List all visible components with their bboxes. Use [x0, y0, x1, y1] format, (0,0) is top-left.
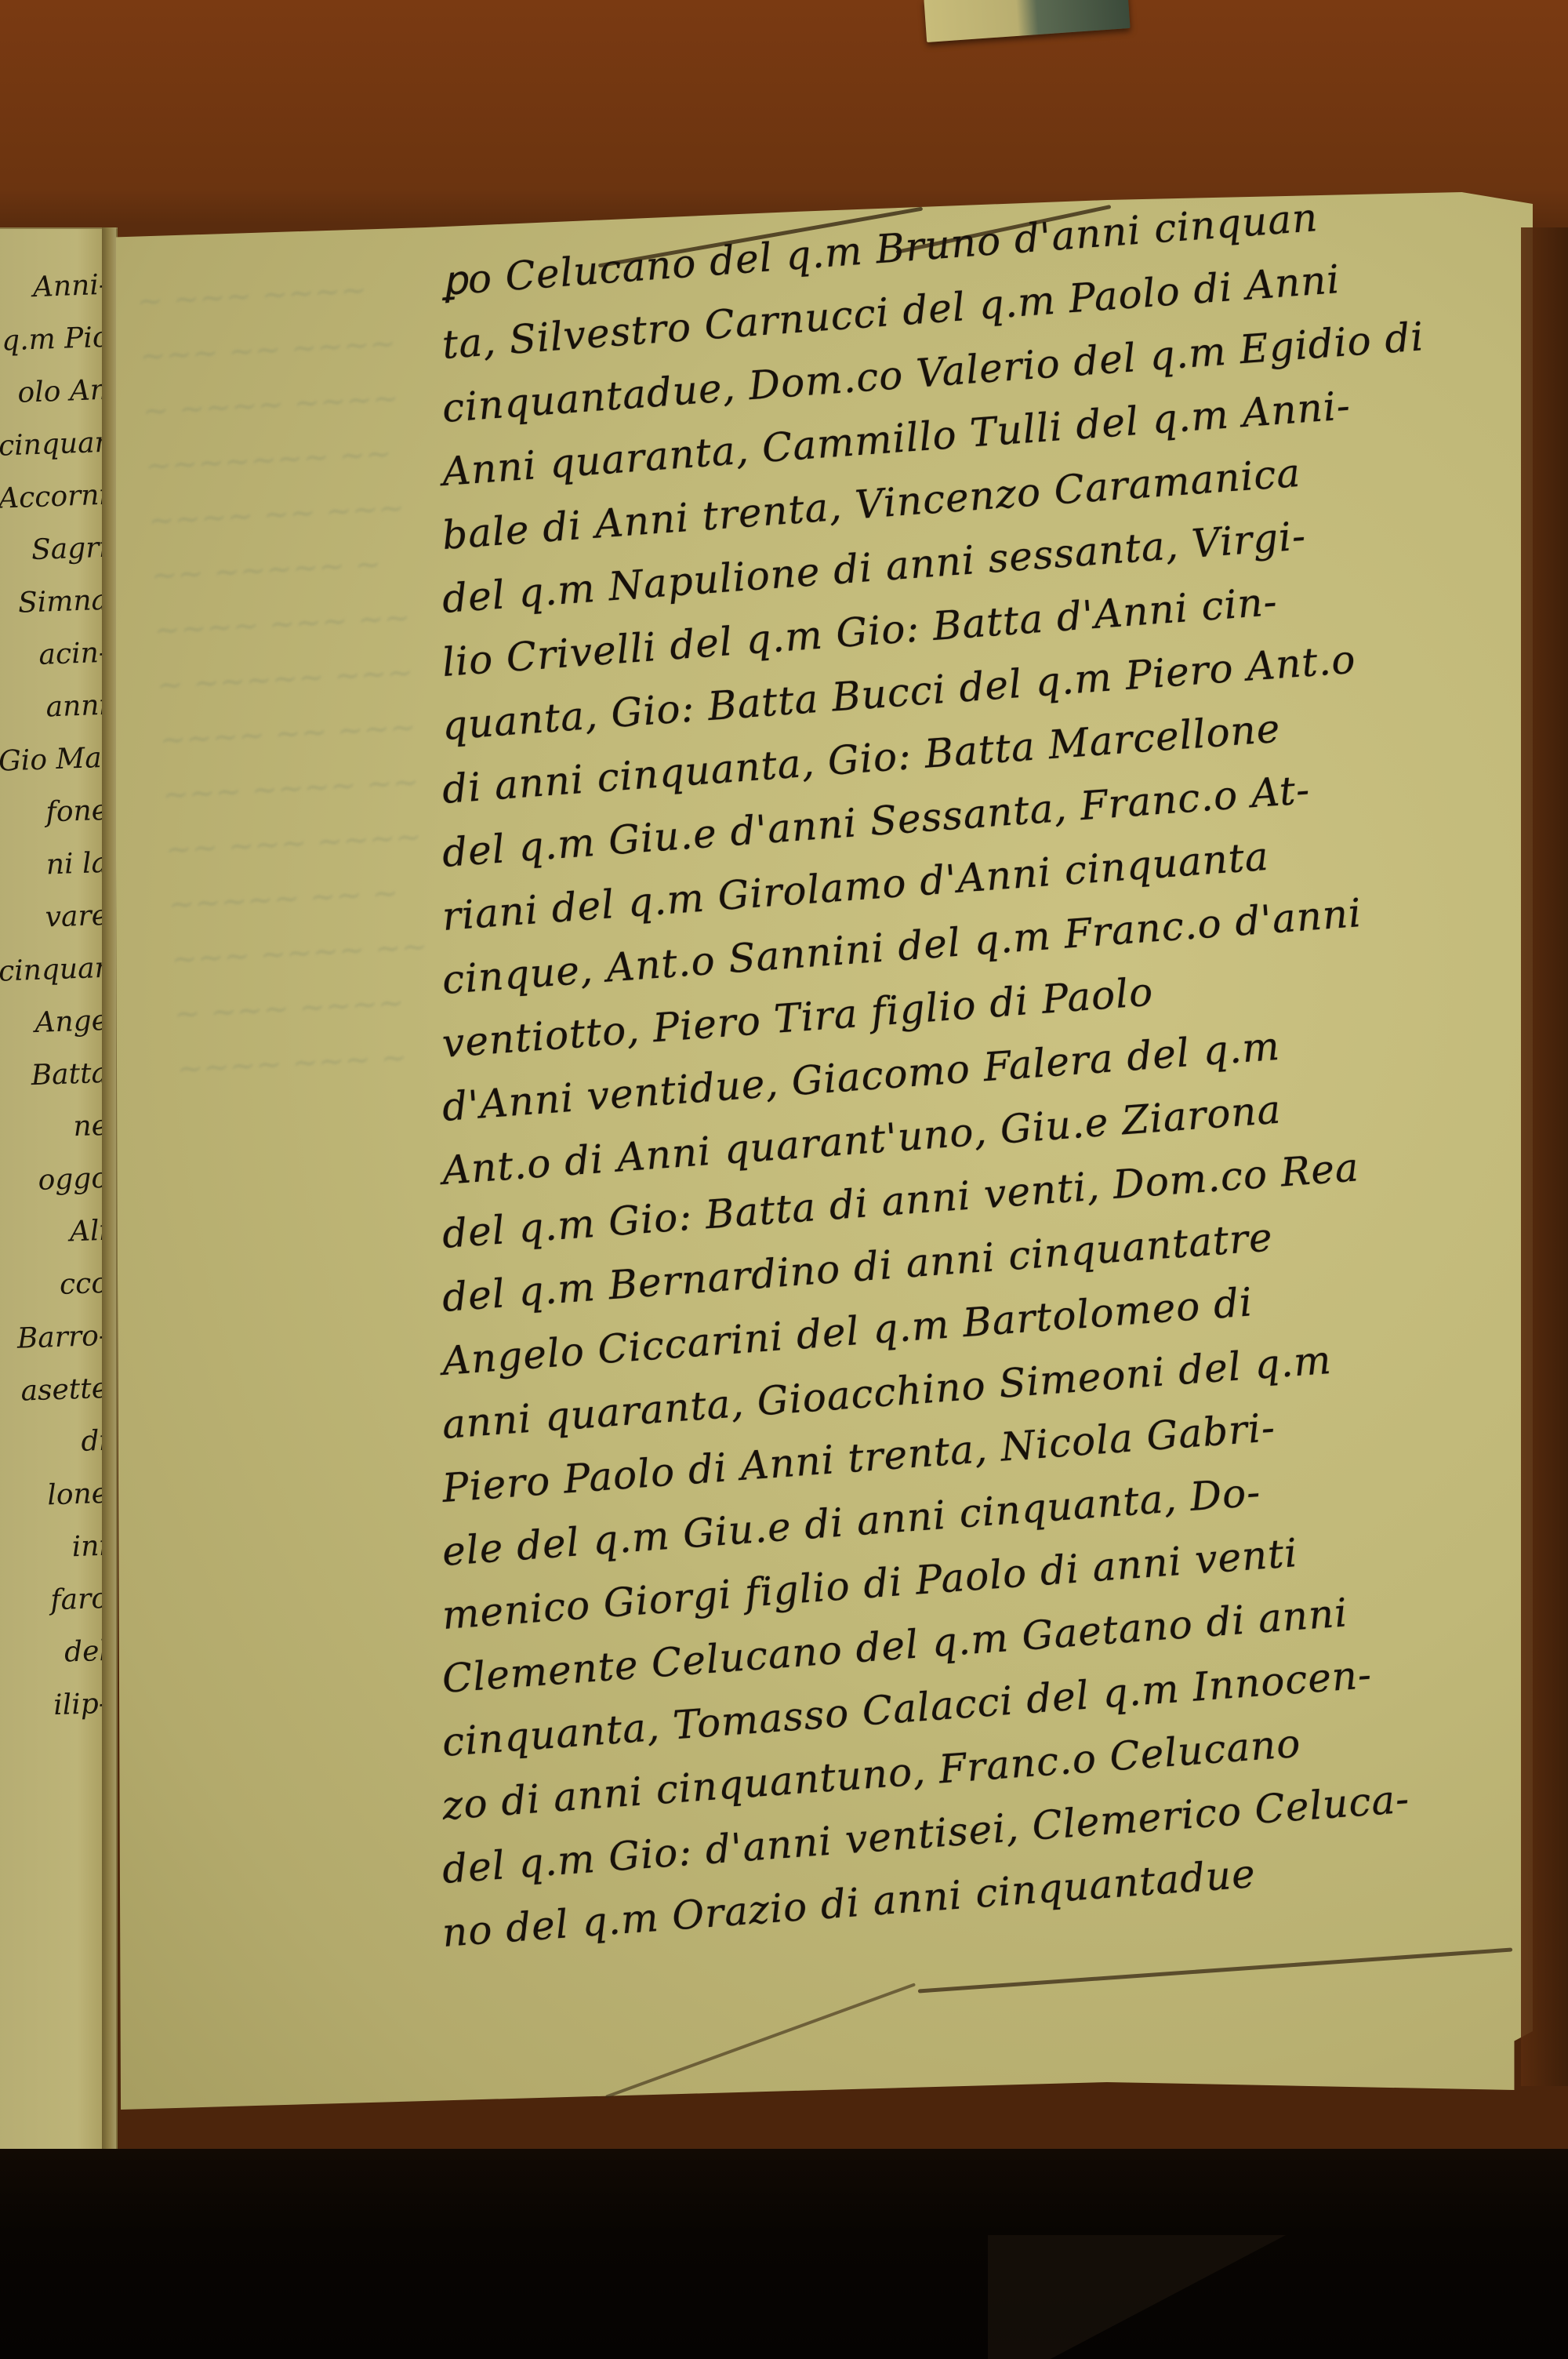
left-page-text: Anni- q.m Pic olo An cinquan Accorni Sag…	[0, 260, 116, 1732]
left-fragment: Sagri	[0, 521, 117, 577]
left-fragment: Ange	[0, 994, 117, 1050]
left-fragment: Batta	[0, 1046, 117, 1103]
photo-scene: Anni- q.m Pic olo An cinquan Accorni Sag…	[0, 0, 1568, 2359]
left-fragment: lone	[0, 1467, 117, 1523]
left-fragment: Barro-	[0, 1309, 117, 1365]
left-fragment: Accorni	[0, 468, 117, 525]
left-fragment: di	[0, 1414, 117, 1470]
left-fragment: ni la	[0, 836, 117, 892]
book-gutter	[102, 227, 116, 2165]
left-fragment: faro	[0, 1572, 117, 1628]
left-fragment: ini	[0, 1519, 117, 1576]
left-fragment: ilip-	[0, 1677, 117, 1733]
left-fragment: Gio Man	[0, 731, 117, 787]
left-page: Anni- q.m Pic olo An cinquan Accorni Sag…	[0, 227, 118, 2166]
left-fragment: cco	[0, 1256, 117, 1313]
left-fragment: Ali	[0, 1204, 117, 1260]
left-fragment: ne	[0, 1099, 117, 1155]
left-fragment: cinquan	[0, 941, 117, 998]
left-fragment: olo An	[0, 363, 117, 420]
left-fragment: Anni-	[0, 258, 117, 314]
left-fragment: fone	[0, 783, 117, 840]
left-fragment: del	[0, 1624, 117, 1681]
left-fragment: asette	[0, 1361, 117, 1418]
left-fragment: anni	[0, 678, 117, 735]
manuscript-text: ꝑo Celucano del q.m Bruno d'anni cinquan…	[443, 259, 1541, 1974]
desk-edge	[1521, 227, 1568, 2086]
left-fragment: oggo	[0, 1151, 117, 1208]
left-fragment: Simna	[0, 573, 117, 630]
bleed-through-text: ~ ~~~ ~~~~ ~~~ ~~ ~~~~ ~ ~~~~ ~~~~ ~~~~~…	[136, 260, 460, 1096]
left-fragment: q.m Pic	[0, 311, 117, 367]
dark-foreground	[0, 2149, 1568, 2359]
left-fragment: vare	[0, 889, 117, 945]
left-fragment: acin-	[0, 626, 117, 682]
folded-object	[924, 0, 1130, 42]
left-fragment: cinquan	[0, 416, 117, 472]
